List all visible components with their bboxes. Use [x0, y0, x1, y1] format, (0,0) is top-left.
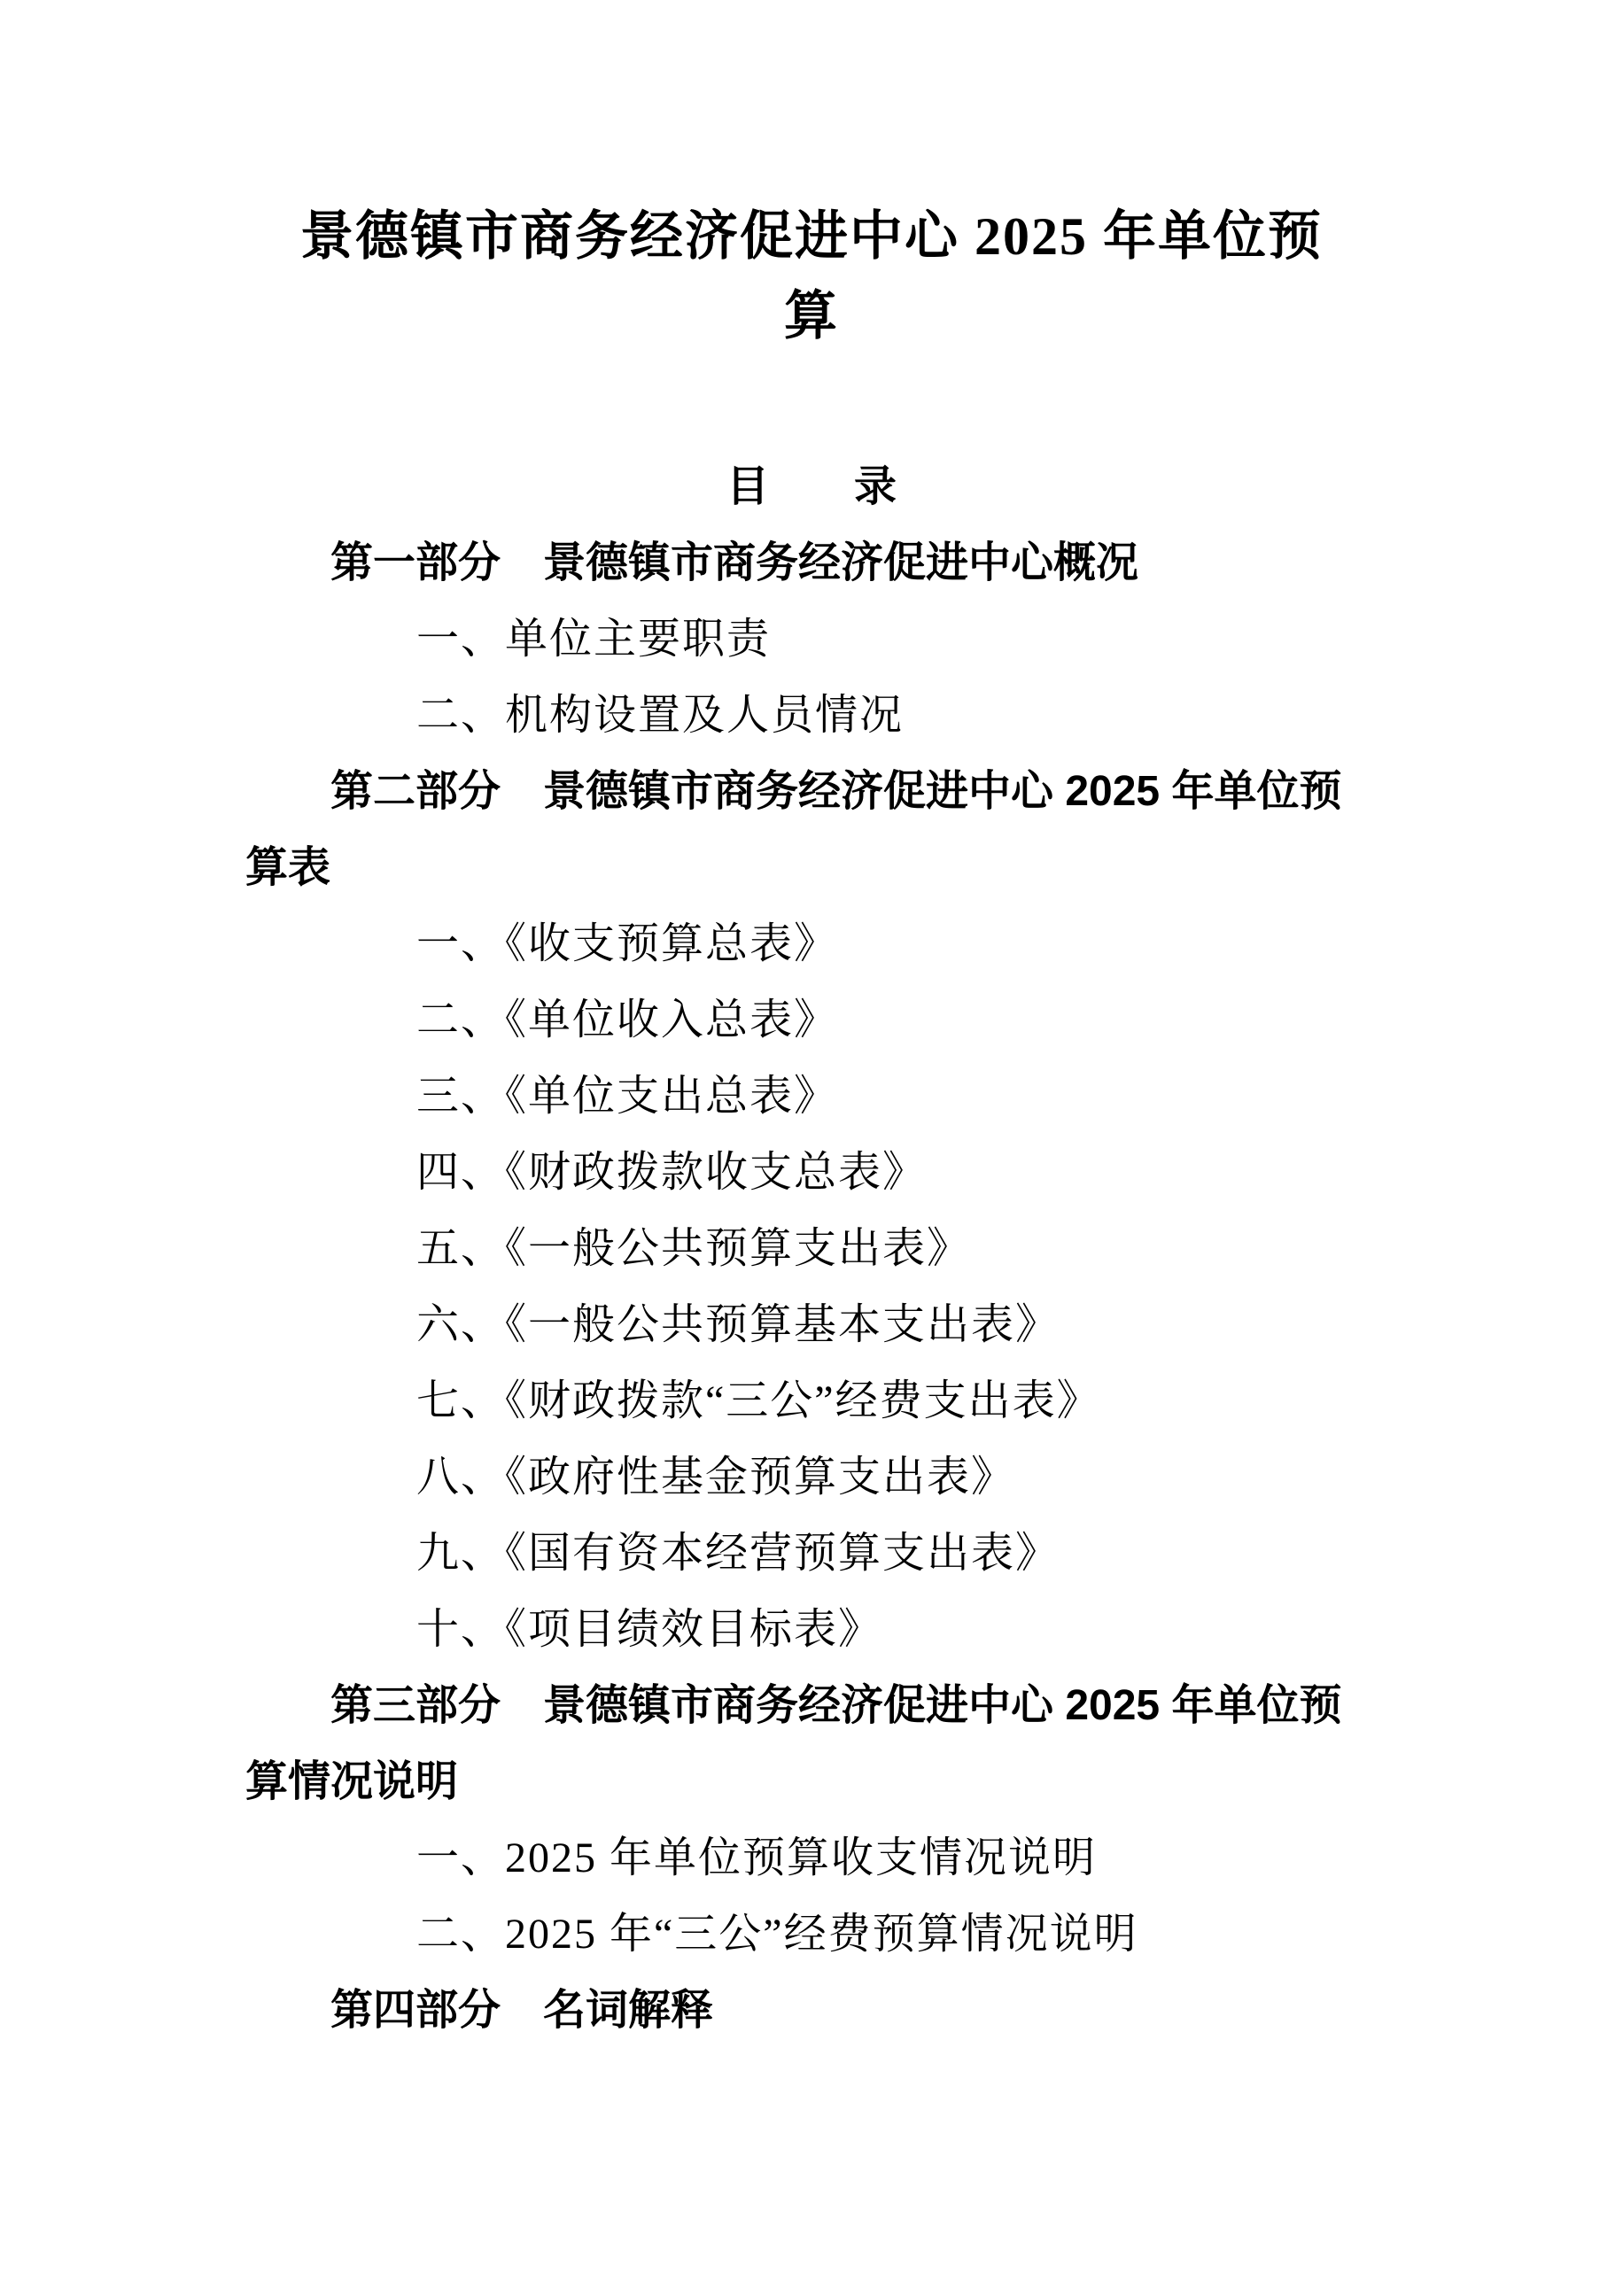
section-heading-part2: 第二部分 景德镇市商务经济促进中心 2025 年单位预 算表: [245, 754, 1378, 906]
toc-item: 六、《一般公共预算基本支出表》: [245, 1287, 1378, 1363]
toc-item: 八、《政府性基金预算支出表》: [245, 1439, 1378, 1516]
section-heading-part3: 第三部分 景德镇市商务经济促进中心 2025 年单位预 算情况说明: [245, 1668, 1378, 1820]
document-content: 景德镇市商务经济促进中心 2025 年单位预 算 目 录 第一部分 景德镇市商务…: [245, 0, 1378, 2049]
toc-item: 二、《单位收入总表》: [245, 982, 1378, 1059]
doc-title: 景德镇市商务经济促进中心 2025 年单位预 算: [245, 0, 1378, 356]
toc-item: 一、单位主要职责: [245, 601, 1378, 678]
toc-item: 一、《收支预算总表》: [245, 906, 1378, 982]
toc-item: 四、《财政拨款收支总表》: [245, 1135, 1378, 1211]
toc-item: 三、《单位支出总表》: [245, 1059, 1378, 1135]
toc-item: 二、2025 年“三公”经费预算情况说明: [245, 1897, 1378, 1973]
toc-item: 七、《财政拨款“三公”经费支出表》: [245, 1363, 1378, 1439]
toc-item: 十、《项目绩效目标表》: [245, 1592, 1378, 1668]
section-heading-part4: 第四部分 名词解释: [245, 1973, 1378, 2049]
document-page: 景德镇市商务经济促进中心 2025 年单位预 算 目 录 第一部分 景德镇市商务…: [0, 0, 1623, 2296]
toc-item: 一、2025 年单位预算收支情况说明: [245, 1820, 1378, 1897]
toc-item: 五、《一般公共预算支出表》: [245, 1211, 1378, 1287]
section-heading-part1: 第一部分 景德镇市商务经济促进中心概况: [245, 525, 1378, 601]
toc-heading: 目 录: [245, 449, 1378, 525]
toc-item: 九、《国有资本经营预算支出表》: [245, 1516, 1378, 1592]
toc-item: 二、机构设置及人员情况: [245, 678, 1378, 754]
